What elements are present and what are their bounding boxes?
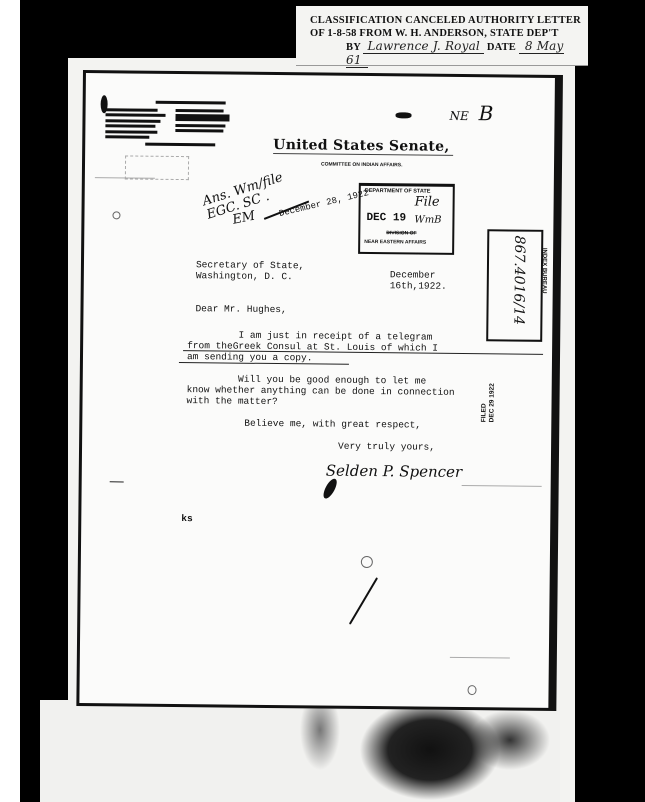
senator-signature: Selden P. Spencer [326, 462, 462, 481]
punch-hole [467, 685, 476, 695]
scan-line-artifact [462, 485, 542, 487]
faint-stamp [125, 155, 189, 180]
scan-line-artifact [450, 657, 510, 659]
declassifier-signature: Lawrence J. Royal [363, 39, 484, 54]
punch-hole [361, 556, 373, 568]
closing-line-1: Believe me, with great respect, [244, 419, 421, 431]
scan-line-artifact [179, 362, 349, 365]
filed-stamp: FILED DEC 29 1922 [480, 383, 495, 422]
letter-date-line-2: 16th,1922. [390, 281, 447, 292]
department-of-state-stamp: DEPARTMENT OF STATE File DEC 19 WmB DIVI… [358, 183, 455, 255]
letter-page: United States Senate, COMMITTEE ON INDIA… [76, 70, 563, 711]
pencil-mark [349, 577, 378, 624]
stamp-file-note: File [415, 194, 440, 209]
closing-line-2: Very truly yours, [338, 442, 435, 454]
classification-line-3: BY Lawrence J. Royal DATE 8 May 61 [310, 40, 582, 68]
by-label: BY [346, 42, 361, 53]
stamp-division-name: NEAR EASTERN AFFAIRS [364, 239, 426, 246]
signature-flourish [321, 477, 339, 501]
salutation: Dear Mr. Hughes, [195, 304, 286, 315]
index-bureau-label: INDEX BUREAU [540, 248, 547, 318]
addressee-line-2: Washington, D. C. [196, 271, 293, 283]
letterhead-title: United States Senate, [273, 137, 454, 156]
members-right-column [175, 106, 250, 135]
members-left-column [105, 105, 180, 141]
letterhead-committee: COMMITTEE ON INDIAN AFFAIRS. [321, 161, 403, 168]
stamp-division: DIVISION OF [386, 230, 416, 236]
index-file-number: 867.4016/14 [510, 235, 527, 331]
corner-handwritten-mark: NE B [449, 101, 493, 125]
index-bureau-stamp: 867.4016/14 INDEX BUREAU [486, 229, 543, 342]
stamp-initials: WmB [414, 214, 441, 225]
handwritten-initials: EM [231, 209, 256, 228]
scan-line-artifact [110, 481, 124, 482]
ink-blot [396, 112, 412, 118]
date-label: DATE [487, 42, 516, 53]
punch-hole [112, 211, 120, 219]
clerk-line [145, 140, 235, 149]
scan-artifact-stain [40, 700, 560, 802]
paragraph-2-line-3: with the matter? [186, 396, 277, 407]
typist-initials: ks [181, 514, 193, 525]
scan-margin [0, 0, 20, 802]
classification-slip: CLASSIFICATION CANCELED AUTHORITY LETTER… [296, 6, 588, 66]
classification-line-1: CLASSIFICATION CANCELED AUTHORITY LETTER [310, 14, 582, 27]
scan-edge-shadow [575, 58, 645, 802]
stamp-date: DEC 19 [366, 212, 406, 224]
